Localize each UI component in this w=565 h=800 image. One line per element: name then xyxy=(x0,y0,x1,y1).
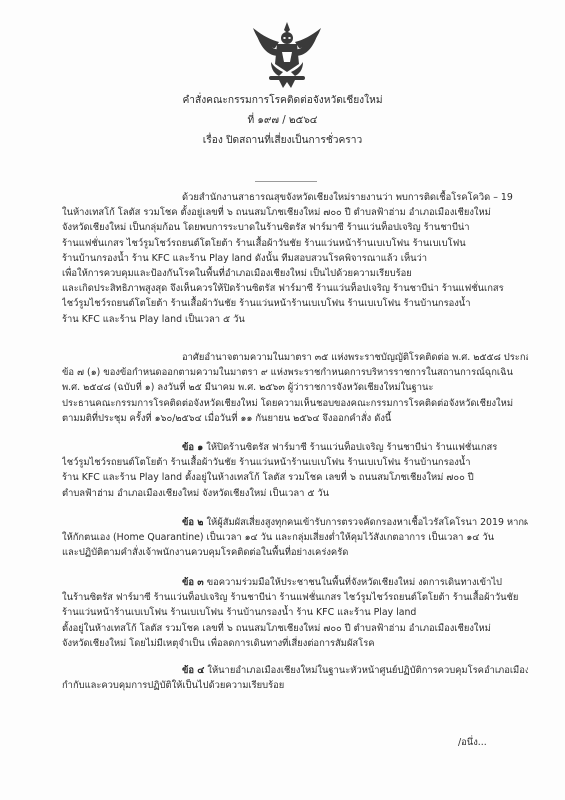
order-subject: เรื่อง ปิดสถานที่เสี่ยงเป็นการชั่วคราว xyxy=(0,132,565,149)
text-line: ตามมติที่ประชุม ครั้งที่ ๑๖๐/๒๕๖๔ เมื่อว… xyxy=(62,411,528,426)
text-line: ร้านแฟชั่นเกสร ไชว์รูมโชว์รถยนต์โตโยต้า … xyxy=(62,236,528,251)
text-line: ตำบลฟ้าฮ่าม อำเภอเมืองเชียงใหม่ จังหวัดเ… xyxy=(62,486,528,501)
paragraph-background: ด้วยสำนักงานสาธารณสุขจังหวัดเชียงใหม่ราย… xyxy=(62,190,528,327)
text-line: ข้อ ๗ (๑) ของข้อกำหนดออกตามความในมาตรา ๙… xyxy=(62,365,528,380)
document-page: คำสั่งคณะกรรมการโรคติดต่อจังหวัดเชียงใหม… xyxy=(0,0,565,800)
text-line: ในร้านซิตรัส ฟาร์มาซี ร้านแว่นท็อปเจริญ … xyxy=(62,590,528,605)
text-line: ร้าน KFC และร้าน Play land เป็นเวลา ๕ วั… xyxy=(62,312,528,327)
text-line: ให้กักตนเอง (Home Quarantine) เป็นเวลา ๑… xyxy=(62,530,528,545)
paragraph-legal-authority: อาศัยอำนาจตามความในมาตรา ๓๕ แห่งพระราชบั… xyxy=(62,350,528,426)
text-line: ให้ผู้สัมผัสเสี่ยงสูงทุกคนเข้ารับการตรวจ… xyxy=(206,517,528,528)
text-line: ขอความร่วมมือให้ประชาชนในพื้นที่จังหวัดเ… xyxy=(207,577,502,588)
text-line: ในห้างเทสโก้ โลตัส รวมโชค ตั้งอยู่เลขที่… xyxy=(62,205,528,220)
text-line: ตั้งอยู่ในห้างเทสโก้ โลตัส รวมโชค เลขที่… xyxy=(62,621,528,636)
clause-4: ข้อ ๔ ให้นายอำเภอเมืองเชียงใหม่ในฐานะหัว… xyxy=(62,663,528,693)
issuing-authority: คำสั่งคณะกรรมการโรคติดต่อจังหวัดเชียงใหม… xyxy=(0,92,565,109)
clause-2: ข้อ ๒ ให้ผู้สัมผัสเสี่ยงสูงทุกคนเข้ารับก… xyxy=(62,515,528,561)
garuda-emblem-icon xyxy=(249,18,325,90)
clause-label: ข้อ ๒ xyxy=(182,517,203,528)
text-line: ประธานคณะกรรมการโรคติดต่อจังหวัดเชียงใหม… xyxy=(62,396,528,411)
clause-1: ข้อ ๑ ให้ปิดร้านซิตรัส ฟาร์มาซี ร้านแว่น… xyxy=(62,440,528,501)
text-line: เพื่อให้การควบคุมและป้องกันโรคในพื้นที่อ… xyxy=(62,266,528,281)
clause-label: ข้อ ๓ xyxy=(182,577,204,588)
clause-3: ข้อ ๓ ขอความร่วมมือให้ประชาชนในพื้นที่จั… xyxy=(62,575,528,651)
text-line: ให้นายอำเภอเมืองเชียงใหม่ในฐานะหัวหน้าศู… xyxy=(207,665,528,676)
text-line: ร้านบ้านกรองน้ำ ร้าน KFC และร้าน Play la… xyxy=(62,251,528,266)
text-line: และปฏิบัติตามคำสั่งเจ้าพนักงานควบคุมโรคต… xyxy=(62,545,528,560)
divider xyxy=(255,181,317,182)
text-line: กำกับและควบคุมการปฏิบัติให้เป็นไปด้วยควา… xyxy=(62,678,528,693)
text-line: และเกิดประสิทธิภาพสูงสุด จึงเห็นควรให้ปิ… xyxy=(62,281,528,296)
text-line: จังหวัดเชียงใหม่ โดยไม่มีเหตุจำเป็น เพื่… xyxy=(62,636,528,651)
text-line: จังหวัดเชียงใหม่ เป็นกลุ่มก้อน โดยพบการร… xyxy=(62,220,528,235)
text-line: อาศัยอำนาจตามความในมาตรา ๓๕ แห่งพระราชบั… xyxy=(62,350,528,365)
order-number: ที่ ๑๙๗ / ๒๕๖๔ xyxy=(0,112,565,129)
text-line: ร้าน KFC และร้าน Play land ตั้งอยู่ในห้า… xyxy=(62,470,528,485)
text-line: ไชว์รูมไชว์รถยนต์โตโยต้า ร้านเสื้อผ้าวัน… xyxy=(62,455,528,470)
text-line: ให้ปิดร้านซิตรัส ฟาร์มาซี ร้านแว่นท็อปเจ… xyxy=(206,442,497,453)
continuation-marker: /อนึ่ง... xyxy=(458,735,487,750)
text-line: พ.ศ. ๒๕๔๘ (ฉบับที่ ๑) ลงวันที่ ๒๕ มีนาคม… xyxy=(62,380,528,395)
clause-label: ข้อ ๑ xyxy=(182,442,203,453)
text-line: ด้วยสำนักงานสาธารณสุขจังหวัดเชียงใหม่ราย… xyxy=(62,190,528,205)
clause-label: ข้อ ๔ xyxy=(182,665,204,676)
text-line: ร้านแว่นหน้าร้านเบเบโฟน ร้านเบเบโฟน ร้าน… xyxy=(62,605,528,620)
text-line: ไชว์รูมไชว์รถยนต์โตโยต้า ร้านเสื้อผ้าวัน… xyxy=(62,296,528,311)
